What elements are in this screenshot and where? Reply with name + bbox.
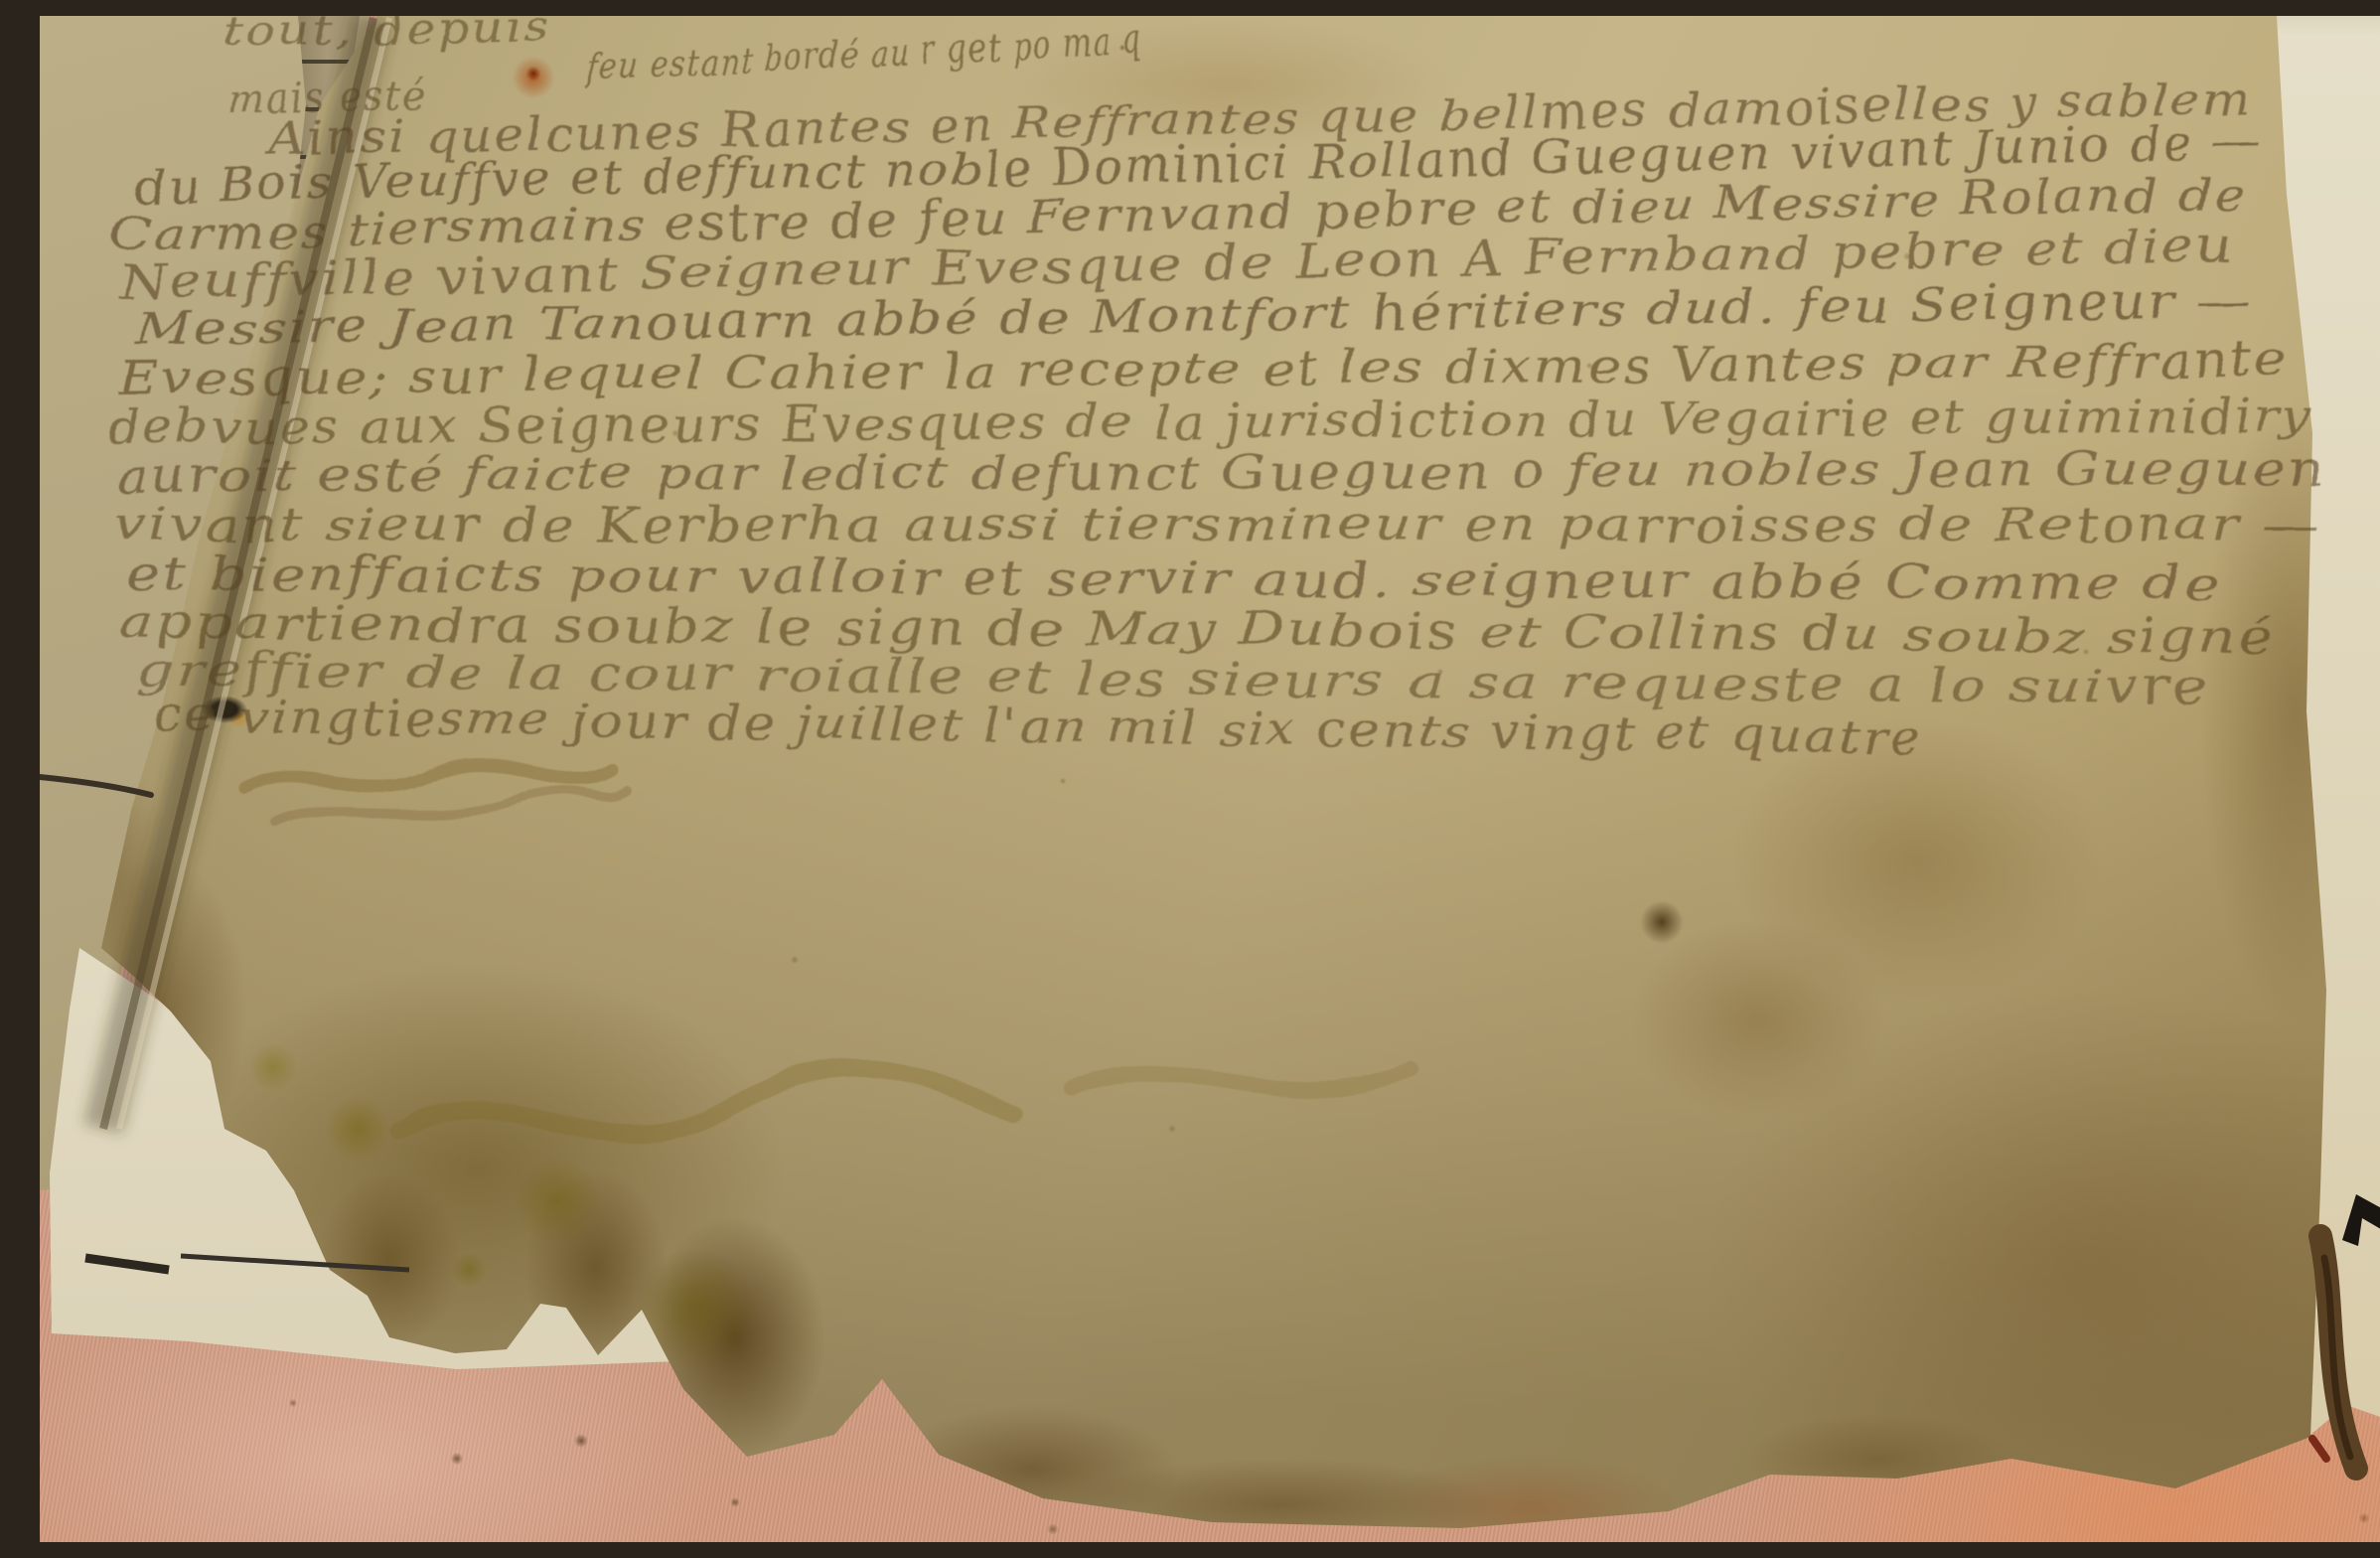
faded-signature-flourish bbox=[243, 765, 1411, 1134]
binding-tie bbox=[2312, 1236, 2356, 1469]
ink-overlay: tout, depuisfeu estant bordé au r get po… bbox=[40, 16, 2380, 1542]
manuscript-line: feu estant bordé au r get po ma q bbox=[584, 17, 1144, 91]
ruled-line-mark bbox=[181, 1256, 409, 1270]
manuscript-line: vivant sieur de Kerberha aussi tiersmine… bbox=[115, 498, 2320, 552]
ruled-line-mark bbox=[85, 1258, 169, 1270]
handwriting-layer: tout, depuisfeu estant bordé au r get po… bbox=[107, 16, 2325, 765]
manuscript-photo: tout, depuisfeu estant bordé au r get po… bbox=[40, 16, 2380, 1542]
manuscript-line: tout, depuis bbox=[223, 16, 551, 56]
print-mark bbox=[2342, 1194, 2380, 1246]
manuscript-line: auroit esté faicte par ledict defunct Gu… bbox=[115, 441, 2325, 504]
page-crack bbox=[40, 777, 151, 795]
